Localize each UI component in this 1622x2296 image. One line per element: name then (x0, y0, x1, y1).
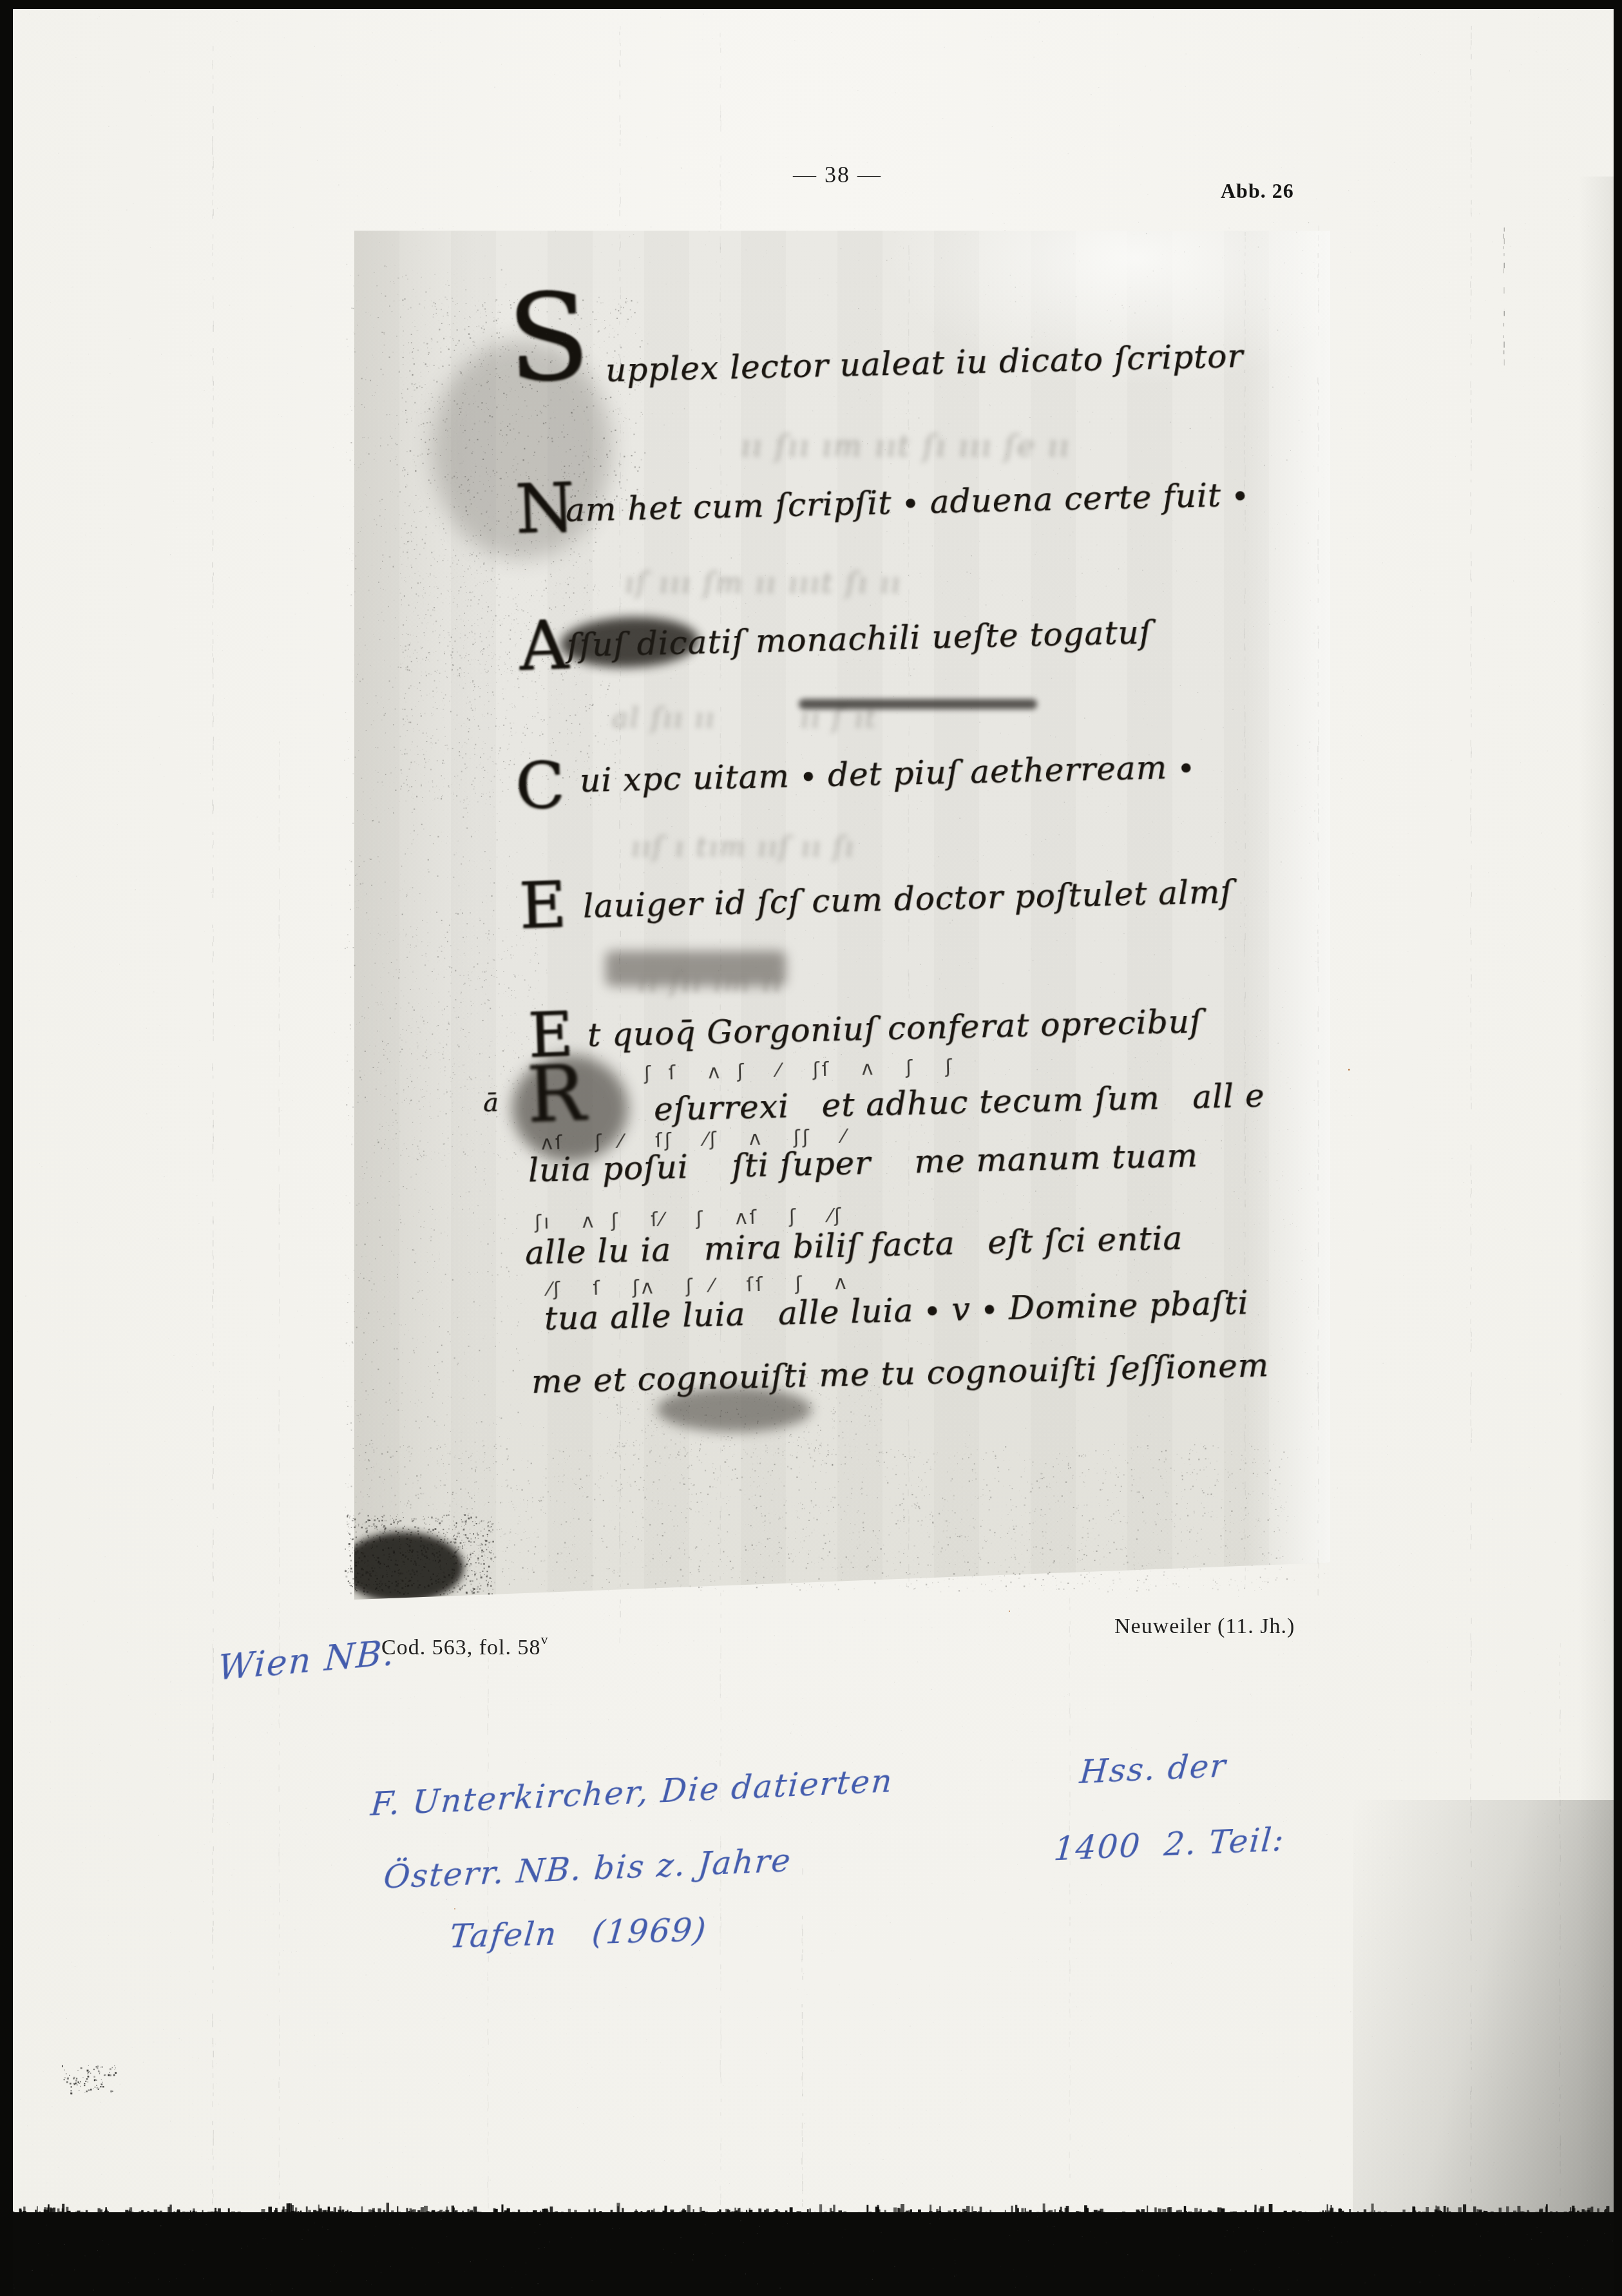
note-line1-left: F. Unterkircher, Die datierten (369, 1762, 894, 1823)
manuscript-line: t quoq̄ Gorgoniuſ conferat oprecibuſ (587, 1004, 1202, 1053)
manuscript-line: ui xpc uitam ∙ det piuſ aetherream ∙ (579, 749, 1194, 799)
handwritten-shelfmark: Wien NB. (217, 1632, 396, 1689)
margin-mark: ā (483, 1088, 500, 1117)
paper-background: — 38 — Abb. 26 S N A C E E R ā upplex le… (13, 9, 1614, 2296)
initial-letter: S (506, 283, 591, 393)
initial-letter: C (514, 756, 566, 816)
note-line2-left: Österr. NB. bis z. Jahre (382, 1842, 793, 1897)
ghost-line: ıı ſıı ım ııt ſı ııı ſe ıı (741, 428, 1071, 463)
shelfmark-superscript: v (540, 1631, 548, 1647)
handwritten-note-line3: Tafeln (1969) (448, 1911, 709, 1956)
scan-border-right (1614, 0, 1622, 2296)
ghost-line: ıı ſıı ım ıı (638, 966, 783, 998)
manuscript-line: lauiger id ſcſ cum doctor poſtulet almſ (582, 874, 1233, 924)
initial-letter: E (518, 875, 567, 935)
ink-streak (799, 699, 1037, 709)
provenance-caption: Neuweiler (11. Jh.) (1114, 1614, 1295, 1639)
ghost-line: ıſ ııı ſm ıı ıııt ſı ıı (625, 567, 902, 600)
scanned-page: — 38 — Abb. 26 S N A C E E R ā upplex le… (0, 0, 1622, 2296)
manuscript-line: upplex lector ualeat iu dicato ſcriptor (605, 339, 1243, 388)
figure-label: Abb. 26 (1221, 179, 1294, 203)
ghost-line: ııſ ı tım ııſ ıı ſı (631, 831, 855, 863)
scan-border-top (0, 0, 1622, 9)
handwritten-note-line2: Österr. NB. bis z. Jahre 1400 2. Teil: (382, 1821, 1286, 1897)
page-number: — 38 — (741, 161, 934, 188)
manuscript-photo: S N A C E E R ā upplex lector ualeat iu … (354, 231, 1330, 1600)
handwritten-note-line1: F. Unterkircher, Die datierten Hss. der (369, 1747, 1228, 1824)
initial-letter: R (526, 1058, 586, 1130)
note-line2-right: 1400 2. Teil: (1053, 1821, 1286, 1868)
scan-border-left (0, 0, 13, 2296)
corner-blot (354, 1532, 464, 1600)
shelfmark-caption: Cod. 563, fol. 58v (381, 1634, 548, 1660)
manuscript-line: me et cognouiſti me tu cognouiſti ſeſſio… (531, 1348, 1269, 1400)
manuscript-line: am het cum ſcripſit ∙ aduena certe fuit … (565, 477, 1248, 528)
note-line1-right: Hss. der (1078, 1747, 1228, 1792)
shelfmark-text: Cod. 563, fol. 58 (381, 1636, 540, 1660)
